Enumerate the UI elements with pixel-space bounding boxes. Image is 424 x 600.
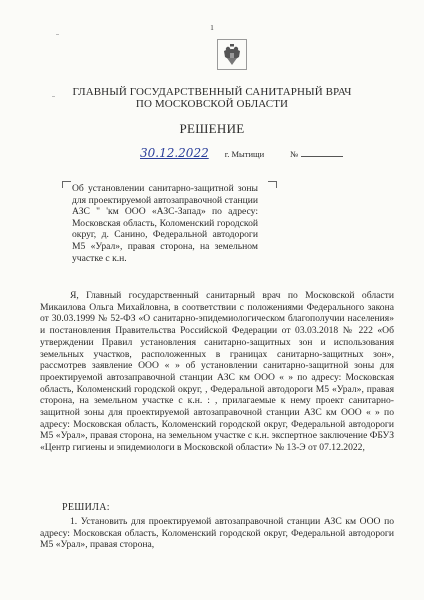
double-headed-eagle-icon [221,43,243,67]
preamble-paragraph: Я, Главный государственный санитарный вр… [40,290,394,454]
date-line: 30.12.2022 г. Мытищи № [140,146,343,160]
authority-line-2: ПО МОСКОВСКОЙ ОБЛАСТИ [0,98,424,110]
decision-item-1: 1. Установить для проектируемой автозапр… [40,516,394,551]
subject-bracket-left [62,181,71,188]
handwritten-date: 30.12.2022 [140,146,209,160]
number-blank-line [301,148,343,157]
city: г. Мытищи [225,149,264,159]
decision-item-1-text: 1. Установить для проектируемой автозапр… [40,516,394,551]
number-label: № [290,149,298,159]
scan-speck [56,34,59,35]
document-title: РЕШЕНИЕ [0,121,424,137]
page-number: 1 [0,24,424,32]
authority-line-1: ГЛАВНЫЙ ГОСУДАРСТВЕННЫЙ САНИТАРНЫЙ ВРАЧ [0,86,424,98]
preamble: Я, Главный государственный санитарный вр… [40,290,394,454]
decision-label: РЕШИЛА: [62,502,110,513]
coat-of-arms-icon [217,39,247,70]
subject-bracket-right [268,181,277,188]
scan-speck [52,96,55,97]
subject-block: Об установлении санитарно-защитной зоны … [72,183,258,264]
